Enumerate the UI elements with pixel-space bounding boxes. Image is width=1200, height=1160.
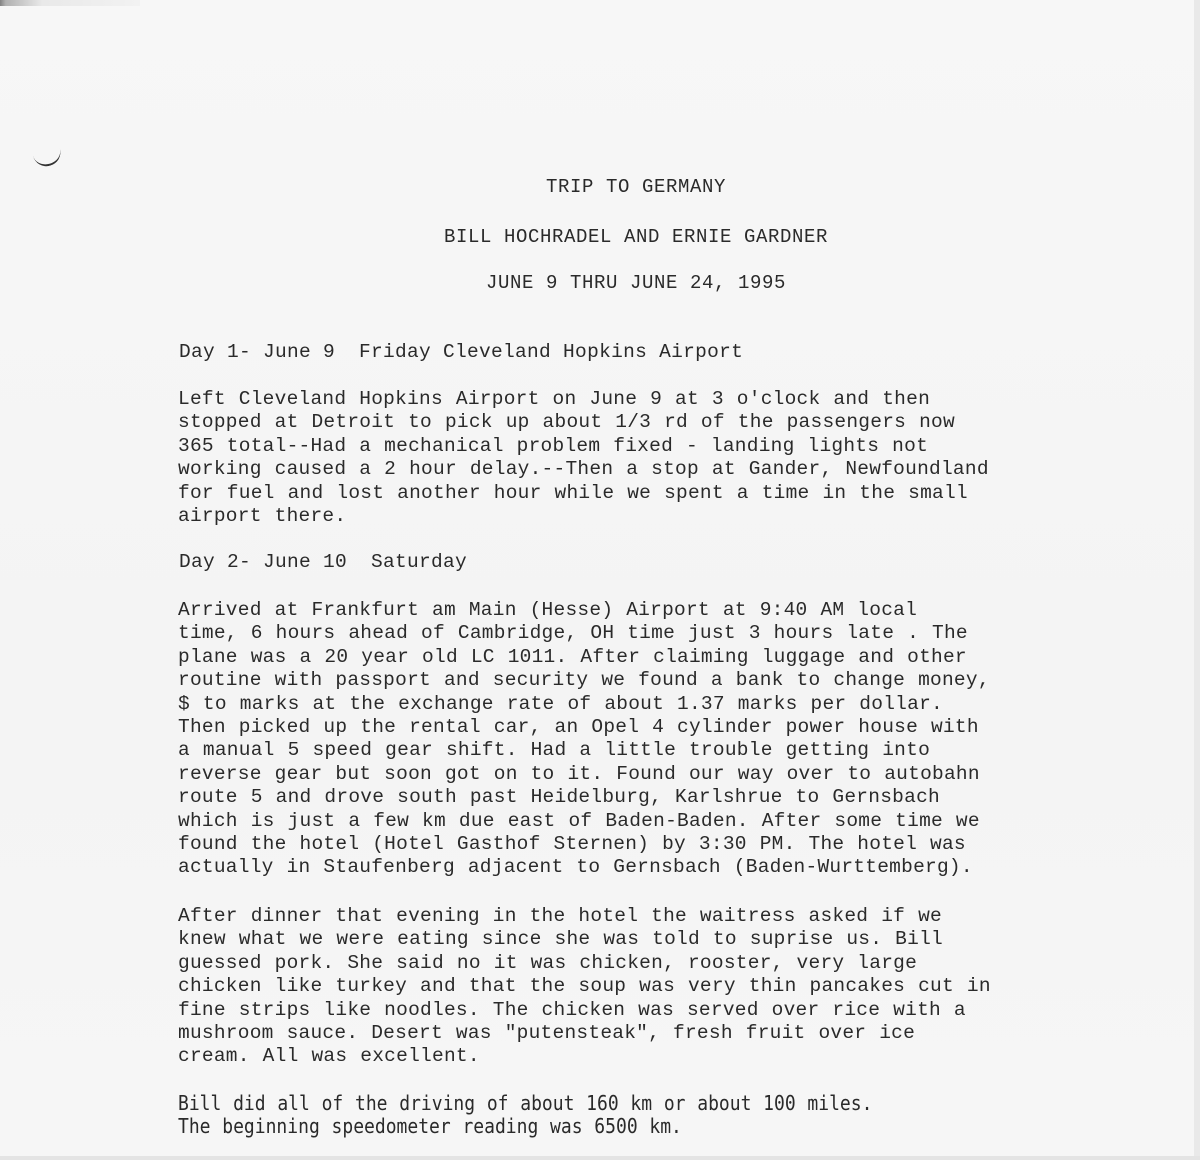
document-date-range: JUNE 9 THRU JUNE 24, 1995 bbox=[36, 272, 1200, 294]
text-line: which is just a few km due east of Baden… bbox=[178, 810, 1092, 833]
text-line: for fuel and lost another hour while we … bbox=[178, 482, 1092, 505]
text-line: Bill did all of the driving of about 160… bbox=[178, 1092, 1096, 1115]
text-line: After dinner that evening in the hotel t… bbox=[178, 905, 1092, 928]
text-line: Arrived at Frankfurt am Main (Hesse) Air… bbox=[178, 599, 1092, 622]
text-line: chicken like turkey and that the soup wa… bbox=[178, 975, 1092, 998]
day-1-paragraph: Left Cleveland Hopkins Airport on June 9… bbox=[178, 388, 1092, 528]
day-1-heading: Day 1- June 9 Friday Cleveland Hopkins A… bbox=[179, 341, 743, 363]
pen-mark bbox=[32, 147, 63, 170]
text-line: $ to marks at the exchange rate of about… bbox=[178, 693, 1092, 716]
text-line: airport there. bbox=[178, 505, 1092, 528]
text-line: reverse gear but soon got on to it. Foun… bbox=[178, 763, 1092, 786]
text-line: found the hotel (Hotel Gasthof Sternen) … bbox=[178, 833, 1092, 856]
day-2-arrival-paragraph: Arrived at Frankfurt am Main (Hesse) Air… bbox=[178, 599, 1092, 880]
page-edge bbox=[1194, 0, 1200, 1160]
text-line: knew what we were eating since she was t… bbox=[178, 928, 1092, 951]
text-line: route 5 and drove south past Heidelburg,… bbox=[178, 786, 1092, 809]
day-2-driving-paragraph: Bill did all of the driving of about 160… bbox=[178, 1092, 1096, 1138]
text-line: actually in Staufenberg adjacent to Gern… bbox=[178, 856, 1092, 879]
document-title: TRIP TO GERMANY bbox=[36, 176, 1200, 198]
text-line: stopped at Detroit to pick up about 1/3 … bbox=[178, 411, 1092, 434]
text-line: cream. All was excellent. bbox=[178, 1045, 1092, 1068]
text-line: a manual 5 speed gear shift. Had a littl… bbox=[178, 739, 1092, 762]
text-line: working caused a 2 hour delay.--Then a s… bbox=[178, 458, 1092, 481]
text-line: 365 total--Had a mechanical problem fixe… bbox=[178, 435, 1092, 458]
text-line: guessed pork. She said no it was chicken… bbox=[178, 952, 1092, 975]
document-authors: BILL HOCHRADEL AND ERNIE GARDNER bbox=[36, 226, 1200, 248]
text-line: time, 6 hours ahead of Cambridge, OH tim… bbox=[178, 622, 1092, 645]
text-line: Left Cleveland Hopkins Airport on June 9… bbox=[178, 388, 1092, 411]
text-line: Then picked up the rental car, an Opel 4… bbox=[178, 716, 1092, 739]
text-line: routine with passport and security we fo… bbox=[178, 669, 1092, 692]
day-2-heading: Day 2- June 10 Saturday bbox=[179, 551, 467, 573]
day-2-dinner-paragraph: After dinner that evening in the hotel t… bbox=[178, 905, 1092, 1069]
text-line: plane was a 20 year old LC 1011. After c… bbox=[178, 646, 1092, 669]
scan-edge-artifact bbox=[0, 0, 140, 6]
text-line: fine strips like noodles. The chicken wa… bbox=[178, 999, 1092, 1022]
text-line: The beginning speedometer reading was 65… bbox=[178, 1115, 1096, 1138]
text-line: mushroom sauce. Desert was "putensteak",… bbox=[178, 1022, 1092, 1045]
scanned-page: TRIP TO GERMANY BILL HOCHRADEL AND ERNIE… bbox=[0, 0, 1200, 1160]
page-edge-bottom bbox=[0, 1156, 1200, 1160]
